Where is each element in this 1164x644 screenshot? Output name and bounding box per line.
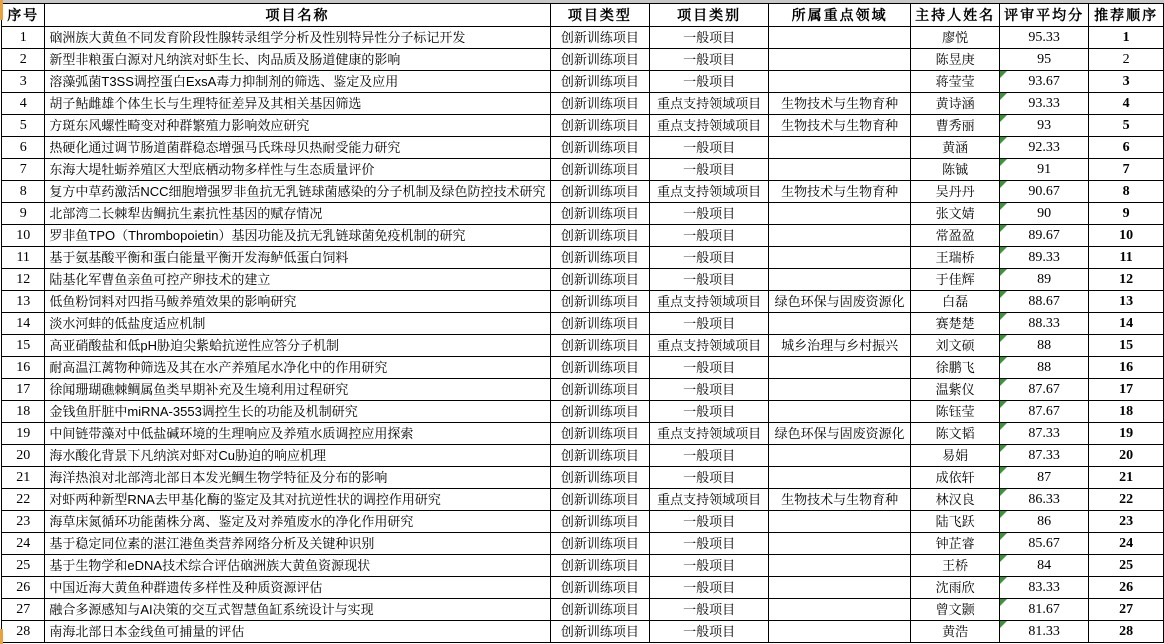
error-indicator-triangle bbox=[1000, 181, 1007, 188]
cell-type[interactable]: 创新训练项目 bbox=[550, 203, 650, 225]
cell-category[interactable]: 一般项目 bbox=[650, 313, 769, 335]
left-edge-marker-bottom bbox=[0, 629, 3, 644]
error-indicator-triangle bbox=[1000, 137, 1007, 144]
cell-type[interactable]: 创新训练项目 bbox=[550, 313, 650, 335]
cell-category[interactable]: 一般项目 bbox=[650, 247, 769, 269]
table-row: 18金钱鱼肝脏中miRNA-3553调控生长的功能及机制研究创新训练项目一般项目… bbox=[2, 401, 1164, 423]
cell-host[interactable]: 赛楚楚 bbox=[911, 313, 1000, 335]
spreadsheet-view: 序号项目名称项目类型项目类别所属重点领域主持人姓名评审平均分推荐顺序 1硇洲族大… bbox=[0, 0, 1164, 644]
column-header-rank[interactable]: 推荐顺序 bbox=[1089, 4, 1164, 27]
cell-category[interactable]: 重点支持领域项目 bbox=[650, 489, 769, 511]
table-row: 12陆基化军曹鱼亲鱼可控产卵技术的建立创新训练项目一般项目于佳辉8912 bbox=[2, 269, 1164, 291]
cell-rank[interactable]: 21 bbox=[1089, 467, 1164, 489]
error-indicator-triangle bbox=[1000, 489, 1007, 496]
error-indicator-triangle bbox=[1000, 313, 1007, 320]
cell-type[interactable]: 创新训练项目 bbox=[550, 555, 650, 577]
cell-type[interactable]: 创新训练项目 bbox=[550, 269, 650, 291]
cell-type[interactable]: 创新训练项目 bbox=[550, 335, 650, 357]
cell-category[interactable]: 一般项目 bbox=[650, 49, 769, 71]
cell-index[interactable]: 25 bbox=[2, 555, 45, 577]
cell-type[interactable]: 创新训练项目 bbox=[550, 225, 650, 247]
cell-index[interactable]: 9 bbox=[2, 203, 45, 225]
cell-field[interactable] bbox=[769, 49, 911, 71]
project-review-table: 序号项目名称项目类型项目类别所属重点领域主持人姓名评审平均分推荐顺序 1硇洲族大… bbox=[1, 3, 1164, 643]
cell-category[interactable]: 重点支持领域项目 bbox=[650, 115, 769, 137]
cell-name[interactable]: 融合多源感知与AI决策的交互式智慧鱼缸系统设计与实现 bbox=[45, 599, 550, 621]
cell-rank[interactable]: 20 bbox=[1089, 445, 1164, 467]
cell-name[interactable]: 东海大堤牡蛎养殖区大型底栖动物多样性与生态质量评价 bbox=[45, 159, 550, 181]
error-indicator-triangle bbox=[1000, 577, 1007, 584]
cell-name[interactable]: 热硬化通过调节肠道菌群稳态增强马氏珠母贝热耐受能力研究 bbox=[45, 137, 550, 159]
cell-rank[interactable]: 19 bbox=[1089, 423, 1164, 445]
cell-type[interactable]: 创新训练项目 bbox=[550, 599, 650, 621]
cell-host[interactable]: 易娟 bbox=[911, 445, 1000, 467]
cell-rank[interactable]: 14 bbox=[1089, 313, 1164, 335]
cell-type[interactable]: 创新训练项目 bbox=[550, 71, 650, 93]
cell-host[interactable]: 曹秀丽 bbox=[911, 115, 1000, 137]
column-header-type[interactable]: 项目类型 bbox=[550, 4, 650, 27]
column-header-score[interactable]: 评审平均分 bbox=[1000, 4, 1089, 27]
cell-name[interactable]: 中国近海大黄鱼种群遗传多样性及种质资源评估 bbox=[45, 577, 550, 599]
cell-score[interactable]: 81.33 bbox=[1000, 621, 1089, 643]
cell-rank[interactable]: 11 bbox=[1089, 247, 1164, 269]
cell-score[interactable]: 93 bbox=[1000, 115, 1089, 137]
cell-name[interactable]: 基于氨基酸平衡和蛋白能量平衡开发海鲈低蛋白饲料 bbox=[45, 247, 550, 269]
table-row: 14淡水河蚌的低盐度适应机制创新训练项目一般项目赛楚楚88.3314 bbox=[2, 313, 1164, 335]
table-row: 13低鱼粉饲料对四指马鲅养殖效果的影响研究创新训练项目重点支持领域项目绿色环保与… bbox=[2, 291, 1164, 313]
cell-field[interactable] bbox=[769, 357, 911, 379]
cell-category[interactable]: 重点支持领域项目 bbox=[650, 181, 769, 203]
cell-rank[interactable]: 6 bbox=[1089, 137, 1164, 159]
error-indicator-triangle bbox=[1000, 93, 1007, 100]
cell-rank[interactable]: 27 bbox=[1089, 599, 1164, 621]
cell-field[interactable] bbox=[769, 533, 911, 555]
cell-host[interactable]: 张文婧 bbox=[911, 203, 1000, 225]
column-header-field[interactable]: 所属重点领域 bbox=[769, 4, 911, 27]
cell-name[interactable]: 低鱼粉饲料对四指马鲅养殖效果的影响研究 bbox=[45, 291, 550, 313]
cell-field[interactable] bbox=[769, 621, 911, 643]
cell-category[interactable]: 一般项目 bbox=[650, 27, 769, 49]
error-indicator-triangle bbox=[1000, 401, 1007, 408]
cell-rank[interactable]: 23 bbox=[1089, 511, 1164, 533]
cell-host[interactable]: 陈铖 bbox=[911, 159, 1000, 181]
error-indicator-triangle bbox=[1000, 71, 1007, 78]
cell-field[interactable] bbox=[769, 577, 911, 599]
table-row: 1硇洲族大黄鱼不同发育阶段性腺转录组学分析及性别特异性分子标记开发创新训练项目一… bbox=[2, 27, 1164, 49]
cell-type[interactable]: 创新训练项目 bbox=[550, 423, 650, 445]
cell-score[interactable]: 89 bbox=[1000, 269, 1089, 291]
cell-index[interactable]: 24 bbox=[2, 533, 45, 555]
table-row: 9北部湾二长棘犁齿鲷抗生素抗性基因的赋存情况创新训练项目一般项目张文婧909 bbox=[2, 203, 1164, 225]
cell-score[interactable]: 81.67 bbox=[1000, 599, 1089, 621]
cell-name[interactable]: 淡水河蚌的低盐度适应机制 bbox=[45, 313, 550, 335]
error-indicator-triangle bbox=[1000, 555, 1007, 562]
cell-name[interactable]: 方斑东风螺性畸变对种群繁殖力影响效应研究 bbox=[45, 115, 550, 137]
cell-rank[interactable]: 26 bbox=[1089, 577, 1164, 599]
cell-host[interactable]: 廖悦 bbox=[911, 27, 1000, 49]
cell-field[interactable] bbox=[769, 225, 911, 247]
cell-index[interactable]: 19 bbox=[2, 423, 45, 445]
table-row: 2新型非粮蛋白源对凡纳滨对虾生长、肉品质及肠道健康的影响创新训练项目一般项目陈昱… bbox=[2, 49, 1164, 71]
cell-rank[interactable]: 15 bbox=[1089, 335, 1164, 357]
cell-field[interactable]: 生物技术与生物育种 bbox=[769, 489, 911, 511]
cell-rank[interactable]: 22 bbox=[1089, 489, 1164, 511]
cell-type[interactable]: 创新训练项目 bbox=[550, 27, 650, 49]
cell-score[interactable]: 85.67 bbox=[1000, 533, 1089, 555]
cell-type[interactable]: 创新训练项目 bbox=[550, 93, 650, 115]
cell-type[interactable]: 创新训练项目 bbox=[550, 379, 650, 401]
cell-index[interactable]: 10 bbox=[2, 225, 45, 247]
cell-name[interactable]: 海草床氮循环功能菌株分离、鉴定及对养殖废水的净化作用研究 bbox=[45, 511, 550, 533]
cell-host[interactable]: 王瑞桥 bbox=[911, 247, 1000, 269]
cell-score[interactable]: 84 bbox=[1000, 555, 1089, 577]
cell-field[interactable] bbox=[769, 379, 911, 401]
cell-type[interactable]: 创新训练项目 bbox=[550, 445, 650, 467]
cell-rank[interactable]: 8 bbox=[1089, 181, 1164, 203]
error-indicator-triangle bbox=[1000, 335, 1007, 342]
error-indicator-triangle bbox=[1000, 423, 1007, 430]
table-row: 3溶藻弧菌T3SS调控蛋白ExsA毒力抑制剂的筛选、鉴定及应用创新训练项目一般项… bbox=[2, 71, 1164, 93]
cell-category[interactable]: 重点支持领域项目 bbox=[650, 423, 769, 445]
cell-field[interactable] bbox=[769, 159, 911, 181]
cell-index[interactable]: 15 bbox=[2, 335, 45, 357]
cell-category[interactable]: 一般项目 bbox=[650, 401, 769, 423]
error-indicator-triangle bbox=[1000, 357, 1007, 364]
cell-index[interactable]: 28 bbox=[2, 621, 45, 643]
cell-index[interactable]: 14 bbox=[2, 313, 45, 335]
cell-host[interactable]: 沈雨欣 bbox=[911, 577, 1000, 599]
cell-index[interactable]: 4 bbox=[2, 93, 45, 115]
cell-name[interactable]: 南海北部日本金线鱼可捕量的评估 bbox=[45, 621, 550, 643]
cell-host[interactable]: 蒋莹莹 bbox=[911, 71, 1000, 93]
cell-score[interactable]: 93.33 bbox=[1000, 93, 1089, 115]
cell-category[interactable]: 重点支持领域项目 bbox=[650, 93, 769, 115]
error-indicator-triangle bbox=[1000, 247, 1007, 254]
cell-index[interactable]: 11 bbox=[2, 247, 45, 269]
cell-index[interactable]: 5 bbox=[2, 115, 45, 137]
error-indicator-triangle bbox=[1000, 445, 1007, 452]
table-row: 22对虾两种新型RNA去甲基化酶的鉴定及其对抗逆性状的调控作用研究创新训练项目重… bbox=[2, 489, 1164, 511]
cell-field[interactable]: 城乡治理与乡村振兴 bbox=[769, 335, 911, 357]
cell-field[interactable] bbox=[769, 269, 911, 291]
cell-type[interactable]: 创新训练项目 bbox=[550, 467, 650, 489]
error-indicator-triangle bbox=[1000, 467, 1007, 474]
cell-rank[interactable]: 28 bbox=[1089, 621, 1164, 643]
cell-index[interactable]: 17 bbox=[2, 379, 45, 401]
cell-host[interactable]: 于佳辉 bbox=[911, 269, 1000, 291]
cell-rank[interactable]: 17 bbox=[1089, 379, 1164, 401]
cell-type[interactable]: 创新训练项目 bbox=[550, 511, 650, 533]
table-row: 6热硬化通过调节肠道菌群稳态增强马氏珠母贝热耐受能力研究创新训练项目一般项目黄涵… bbox=[2, 137, 1164, 159]
table-body: 1硇洲族大黄鱼不同发育阶段性腺转录组学分析及性别特异性分子标记开发创新训练项目一… bbox=[2, 27, 1164, 643]
cell-rank[interactable]: 2 bbox=[1089, 49, 1164, 71]
cell-category[interactable]: 一般项目 bbox=[650, 203, 769, 225]
cell-type[interactable]: 创新训练项目 bbox=[550, 577, 650, 599]
cell-name[interactable]: 复方中草药激活NCC细胞增强罗非鱼抗无乳链球菌感染的分子机制及绿色防控技术研究 bbox=[45, 181, 550, 203]
table-row: 8复方中草药激活NCC细胞增强罗非鱼抗无乳链球菌感染的分子机制及绿色防控技术研究… bbox=[2, 181, 1164, 203]
cell-score[interactable]: 87 bbox=[1000, 467, 1089, 489]
table-row: 21海洋热浪对北部湾北部日本发光鲷生物学特征及分布的影响创新训练项目一般项目成依… bbox=[2, 467, 1164, 489]
cell-category[interactable]: 一般项目 bbox=[650, 137, 769, 159]
error-indicator-triangle bbox=[1000, 225, 1007, 232]
cell-name[interactable]: 海水酸化背景下凡纳滨对虾对Cu胁迫的响应机理 bbox=[45, 445, 550, 467]
header-row: 序号项目名称项目类型项目类别所属重点领域主持人姓名评审平均分推荐顺序 bbox=[2, 4, 1164, 27]
error-indicator-triangle bbox=[1000, 291, 1007, 298]
cell-score[interactable]: 95.33 bbox=[1000, 27, 1089, 49]
cell-index[interactable]: 1 bbox=[2, 27, 45, 49]
cell-score[interactable]: 88.67 bbox=[1000, 291, 1089, 313]
cell-score[interactable]: 87.33 bbox=[1000, 423, 1089, 445]
cell-rank[interactable]: 18 bbox=[1089, 401, 1164, 423]
cell-score[interactable]: 91 bbox=[1000, 159, 1089, 181]
cell-score[interactable]: 87.67 bbox=[1000, 379, 1089, 401]
cell-score[interactable]: 88 bbox=[1000, 335, 1089, 357]
cell-name[interactable]: 徐闻珊瑚礁棘鲷属鱼类早期补充及生境利用过程研究 bbox=[45, 379, 550, 401]
table-row: 5方斑东风螺性畸变对种群繁殖力影响效应研究创新训练项目重点支持领域项目生物技术与… bbox=[2, 115, 1164, 137]
cell-field[interactable] bbox=[769, 445, 911, 467]
column-header-index[interactable]: 序号 bbox=[2, 4, 45, 27]
cell-score[interactable]: 89.67 bbox=[1000, 225, 1089, 247]
cell-category[interactable]: 一般项目 bbox=[650, 511, 769, 533]
cell-score[interactable]: 89.33 bbox=[1000, 247, 1089, 269]
cell-score[interactable]: 90.67 bbox=[1000, 181, 1089, 203]
cell-host[interactable]: 温紫仪 bbox=[911, 379, 1000, 401]
cell-name[interactable]: 基于稳定同位素的湛江港鱼类营养网络分析及关键种识别 bbox=[45, 533, 550, 555]
table-header: 序号项目名称项目类型项目类别所属重点领域主持人姓名评审平均分推荐顺序 bbox=[2, 4, 1164, 27]
error-indicator-triangle bbox=[1000, 621, 1007, 628]
cell-index[interactable]: 23 bbox=[2, 511, 45, 533]
cell-field[interactable] bbox=[769, 247, 911, 269]
cell-score[interactable]: 90 bbox=[1000, 203, 1089, 225]
cell-type[interactable]: 创新训练项目 bbox=[550, 489, 650, 511]
table-row: 10罗非鱼TPO（Thrombopoietin）基因功能及抗无乳链球菌免疫机制的… bbox=[2, 225, 1164, 247]
cell-score[interactable]: 83.33 bbox=[1000, 577, 1089, 599]
cell-index[interactable]: 21 bbox=[2, 467, 45, 489]
table-row: 17徐闻珊瑚礁棘鲷属鱼类早期补充及生境利用过程研究创新训练项目一般项目温紫仪87… bbox=[2, 379, 1164, 401]
cell-score[interactable]: 92.33 bbox=[1000, 137, 1089, 159]
error-indicator-triangle bbox=[1000, 599, 1007, 606]
cell-type[interactable]: 创新训练项目 bbox=[550, 533, 650, 555]
cell-name[interactable]: 溶藻弧菌T3SS调控蛋白ExsA毒力抑制剂的筛选、鉴定及应用 bbox=[45, 71, 550, 93]
table-row: 7东海大堤牡蛎养殖区大型底栖动物多样性与生态质量评价创新训练项目一般项目陈铖91… bbox=[2, 159, 1164, 181]
cell-name[interactable]: 对虾两种新型RNA去甲基化酶的鉴定及其对抗逆性状的调控作用研究 bbox=[45, 489, 550, 511]
cell-index[interactable]: 20 bbox=[2, 445, 45, 467]
cell-category[interactable]: 一般项目 bbox=[650, 555, 769, 577]
cell-score[interactable]: 86.33 bbox=[1000, 489, 1089, 511]
cell-host[interactable]: 陈文韬 bbox=[911, 423, 1000, 445]
cell-rank[interactable]: 1 bbox=[1089, 27, 1164, 49]
table-row: 11基于氨基酸平衡和蛋白能量平衡开发海鲈低蛋白饲料创新训练项目一般项目王瑞桥89… bbox=[2, 247, 1164, 269]
left-edge-marker-top bbox=[0, 0, 3, 20]
column-header-host[interactable]: 主持人姓名 bbox=[911, 4, 1000, 27]
cell-host[interactable]: 陈昱庚 bbox=[911, 49, 1000, 71]
cell-name[interactable]: 耐高温江蓠物种筛选及其在水产养殖尾水净化中的作用研究 bbox=[45, 357, 550, 379]
error-indicator-triangle bbox=[1000, 115, 1007, 122]
cell-field[interactable]: 绿色环保与固废资源化 bbox=[769, 291, 911, 313]
cell-score[interactable]: 87.67 bbox=[1000, 401, 1089, 423]
cell-rank[interactable]: 10 bbox=[1089, 225, 1164, 247]
cell-score[interactable]: 95 bbox=[1000, 49, 1089, 71]
cell-host[interactable]: 林汉良 bbox=[911, 489, 1000, 511]
cell-field[interactable] bbox=[769, 555, 911, 577]
cell-name[interactable]: 新型非粮蛋白源对凡纳滨对虾生长、肉品质及肠道健康的影响 bbox=[45, 49, 550, 71]
table-row: 15高亚硝酸盐和低pH胁迫尖紫蛤抗逆性应答分子机制创新训练项目重点支持领域项目城… bbox=[2, 335, 1164, 357]
cell-host[interactable]: 钟芷睿 bbox=[911, 533, 1000, 555]
cell-category[interactable]: 一般项目 bbox=[650, 467, 769, 489]
cell-name[interactable]: 中间链带藻对中低盐碱环境的生理响应及养殖水质调控应用探索 bbox=[45, 423, 550, 445]
cell-category[interactable]: 一般项目 bbox=[650, 445, 769, 467]
table-row: 23海草床氮循环功能菌株分离、鉴定及对养殖废水的净化作用研究创新训练项目一般项目… bbox=[2, 511, 1164, 533]
cell-index[interactable]: 12 bbox=[2, 269, 45, 291]
cell-rank[interactable]: 12 bbox=[1089, 269, 1164, 291]
cell-index[interactable]: 22 bbox=[2, 489, 45, 511]
table-row: 25基于生物学和eDNA技术综合评估硇洲族大黄鱼资源现状创新训练项目一般项目王桥… bbox=[2, 555, 1164, 577]
cell-host[interactable]: 黄诗涵 bbox=[911, 93, 1000, 115]
cell-index[interactable]: 8 bbox=[2, 181, 45, 203]
error-indicator-triangle bbox=[1000, 379, 1007, 386]
cell-index[interactable]: 26 bbox=[2, 577, 45, 599]
cell-name[interactable]: 罗非鱼TPO（Thrombopoietin）基因功能及抗无乳链球菌免疫机制的研究 bbox=[45, 225, 550, 247]
cell-index[interactable]: 7 bbox=[2, 159, 45, 181]
cell-rank[interactable]: 5 bbox=[1089, 115, 1164, 137]
cell-index[interactable]: 6 bbox=[2, 137, 45, 159]
cell-host[interactable]: 曾文颢 bbox=[911, 599, 1000, 621]
cell-type[interactable]: 创新训练项目 bbox=[550, 357, 650, 379]
error-indicator-triangle bbox=[1000, 269, 1007, 276]
cell-host[interactable]: 黄浩 bbox=[911, 621, 1000, 643]
cell-field[interactable] bbox=[769, 467, 911, 489]
cell-category[interactable]: 重点支持领域项目 bbox=[650, 335, 769, 357]
cell-field[interactable] bbox=[769, 203, 911, 225]
cell-field[interactable]: 生物技术与生物育种 bbox=[769, 93, 911, 115]
cell-field[interactable] bbox=[769, 511, 911, 533]
column-header-category[interactable]: 项目类别 bbox=[650, 4, 769, 27]
cell-type[interactable]: 创新训练项目 bbox=[550, 621, 650, 643]
cell-score[interactable]: 86 bbox=[1000, 511, 1089, 533]
cell-name[interactable]: 硇洲族大黄鱼不同发育阶段性腺转录组学分析及性别特异性分子标记开发 bbox=[45, 27, 550, 49]
table-row: 26中国近海大黄鱼种群遗传多样性及种质资源评估创新训练项目一般项目沈雨欣83.3… bbox=[2, 577, 1164, 599]
cell-rank[interactable]: 13 bbox=[1089, 291, 1164, 313]
cell-host[interactable]: 刘文硕 bbox=[911, 335, 1000, 357]
cell-rank[interactable]: 7 bbox=[1089, 159, 1164, 181]
cell-score[interactable]: 87.33 bbox=[1000, 445, 1089, 467]
table-row: 16耐高温江蓠物种筛选及其在水产养殖尾水净化中的作用研究创新训练项目一般项目徐鹏… bbox=[2, 357, 1164, 379]
error-indicator-triangle bbox=[1000, 511, 1007, 518]
cell-rank[interactable]: 16 bbox=[1089, 357, 1164, 379]
cell-name[interactable]: 海洋热浪对北部湾北部日本发光鲷生物学特征及分布的影响 bbox=[45, 467, 550, 489]
cell-score[interactable]: 93.67 bbox=[1000, 71, 1089, 93]
cell-host[interactable]: 徐鹏飞 bbox=[911, 357, 1000, 379]
cell-index[interactable]: 18 bbox=[2, 401, 45, 423]
cell-host[interactable]: 常盈盈 bbox=[911, 225, 1000, 247]
cell-category[interactable]: 一般项目 bbox=[650, 159, 769, 181]
cell-type[interactable]: 创新训练项目 bbox=[550, 159, 650, 181]
cell-name[interactable]: 高亚硝酸盐和低pH胁迫尖紫蛤抗逆性应答分子机制 bbox=[45, 335, 550, 357]
cell-name[interactable]: 金钱鱼肝脏中miRNA-3553调控生长的功能及机制研究 bbox=[45, 401, 550, 423]
cell-field[interactable] bbox=[769, 599, 911, 621]
cell-host[interactable]: 白磊 bbox=[911, 291, 1000, 313]
cell-host[interactable]: 王桥 bbox=[911, 555, 1000, 577]
cell-field[interactable]: 生物技术与生物育种 bbox=[769, 181, 911, 203]
cell-name[interactable]: 胡子鲇雌雄个体生长与生理特征差异及其相关基因筛选 bbox=[45, 93, 550, 115]
cell-index[interactable]: 3 bbox=[2, 71, 45, 93]
table-row: 4胡子鲇雌雄个体生长与生理特征差异及其相关基因筛选创新训练项目重点支持领域项目生… bbox=[2, 93, 1164, 115]
cell-rank[interactable]: 3 bbox=[1089, 71, 1164, 93]
cell-field[interactable] bbox=[769, 137, 911, 159]
cell-host[interactable]: 吴丹丹 bbox=[911, 181, 1000, 203]
cell-category[interactable]: 一般项目 bbox=[650, 577, 769, 599]
column-header-name[interactable]: 项目名称 bbox=[45, 4, 550, 27]
cell-host[interactable]: 陈钰莹 bbox=[911, 401, 1000, 423]
cell-host[interactable]: 成依轩 bbox=[911, 467, 1000, 489]
cell-category[interactable]: 一般项目 bbox=[650, 225, 769, 247]
cell-type[interactable]: 创新训练项目 bbox=[550, 247, 650, 269]
cell-category[interactable]: 重点支持领域项目 bbox=[650, 291, 769, 313]
error-indicator-triangle bbox=[1000, 203, 1007, 210]
cell-type[interactable]: 创新训练项目 bbox=[550, 401, 650, 423]
cell-field[interactable] bbox=[769, 71, 911, 93]
cell-rank[interactable]: 24 bbox=[1089, 533, 1164, 555]
cell-index[interactable]: 27 bbox=[2, 599, 45, 621]
cell-index[interactable]: 13 bbox=[2, 291, 45, 313]
table-row: 19中间链带藻对中低盐碱环境的生理响应及养殖水质调控应用探索创新训练项目重点支持… bbox=[2, 423, 1164, 445]
cell-type[interactable]: 创新训练项目 bbox=[550, 49, 650, 71]
table-row: 24基于稳定同位素的湛江港鱼类营养网络分析及关键种识别创新训练项目一般项目钟芷睿… bbox=[2, 533, 1164, 555]
cell-type[interactable]: 创新训练项目 bbox=[550, 291, 650, 313]
cell-rank[interactable]: 25 bbox=[1089, 555, 1164, 577]
error-indicator-triangle bbox=[1000, 533, 1007, 540]
cell-rank[interactable]: 9 bbox=[1089, 203, 1164, 225]
cell-type[interactable]: 创新训练项目 bbox=[550, 115, 650, 137]
table-row: 27融合多源感知与AI决策的交互式智慧鱼缸系统设计与实现创新训练项目一般项目曾文… bbox=[2, 599, 1164, 621]
cell-category[interactable]: 一般项目 bbox=[650, 357, 769, 379]
cell-name[interactable]: 北部湾二长棘犁齿鲷抗生素抗性基因的赋存情况 bbox=[45, 203, 550, 225]
cell-category[interactable]: 一般项目 bbox=[650, 269, 769, 291]
cell-type[interactable]: 创新训练项目 bbox=[550, 137, 650, 159]
cell-field[interactable] bbox=[769, 313, 911, 335]
cell-name[interactable]: 陆基化军曹鱼亲鱼可控产卵技术的建立 bbox=[45, 269, 550, 291]
cell-name[interactable]: 基于生物学和eDNA技术综合评估硇洲族大黄鱼资源现状 bbox=[45, 555, 550, 577]
cell-field[interactable] bbox=[769, 27, 911, 49]
table-row: 20海水酸化背景下凡纳滨对虾对Cu胁迫的响应机理创新训练项目一般项目易娟87.3… bbox=[2, 445, 1164, 467]
cell-field[interactable]: 生物技术与生物育种 bbox=[769, 115, 911, 137]
cell-score[interactable]: 88 bbox=[1000, 357, 1089, 379]
cell-field[interactable] bbox=[769, 401, 911, 423]
cell-index[interactable]: 16 bbox=[2, 357, 45, 379]
table-row: 28南海北部日本金线鱼可捕量的评估创新训练项目一般项目黄浩81.3328 bbox=[2, 621, 1164, 643]
cell-type[interactable]: 创新训练项目 bbox=[550, 181, 650, 203]
cell-host[interactable]: 陆飞跃 bbox=[911, 511, 1000, 533]
cell-category[interactable]: 一般项目 bbox=[650, 533, 769, 555]
cell-field[interactable]: 绿色环保与固废资源化 bbox=[769, 423, 911, 445]
error-indicator-triangle bbox=[1000, 159, 1007, 166]
cell-rank[interactable]: 4 bbox=[1089, 93, 1164, 115]
cell-category[interactable]: 一般项目 bbox=[650, 621, 769, 643]
cell-score[interactable]: 88.33 bbox=[1000, 313, 1089, 335]
cell-category[interactable]: 一般项目 bbox=[650, 599, 769, 621]
cell-index[interactable]: 2 bbox=[2, 49, 45, 71]
cell-category[interactable]: 一般项目 bbox=[650, 379, 769, 401]
cell-category[interactable]: 一般项目 bbox=[650, 71, 769, 93]
cell-host[interactable]: 黄涵 bbox=[911, 137, 1000, 159]
